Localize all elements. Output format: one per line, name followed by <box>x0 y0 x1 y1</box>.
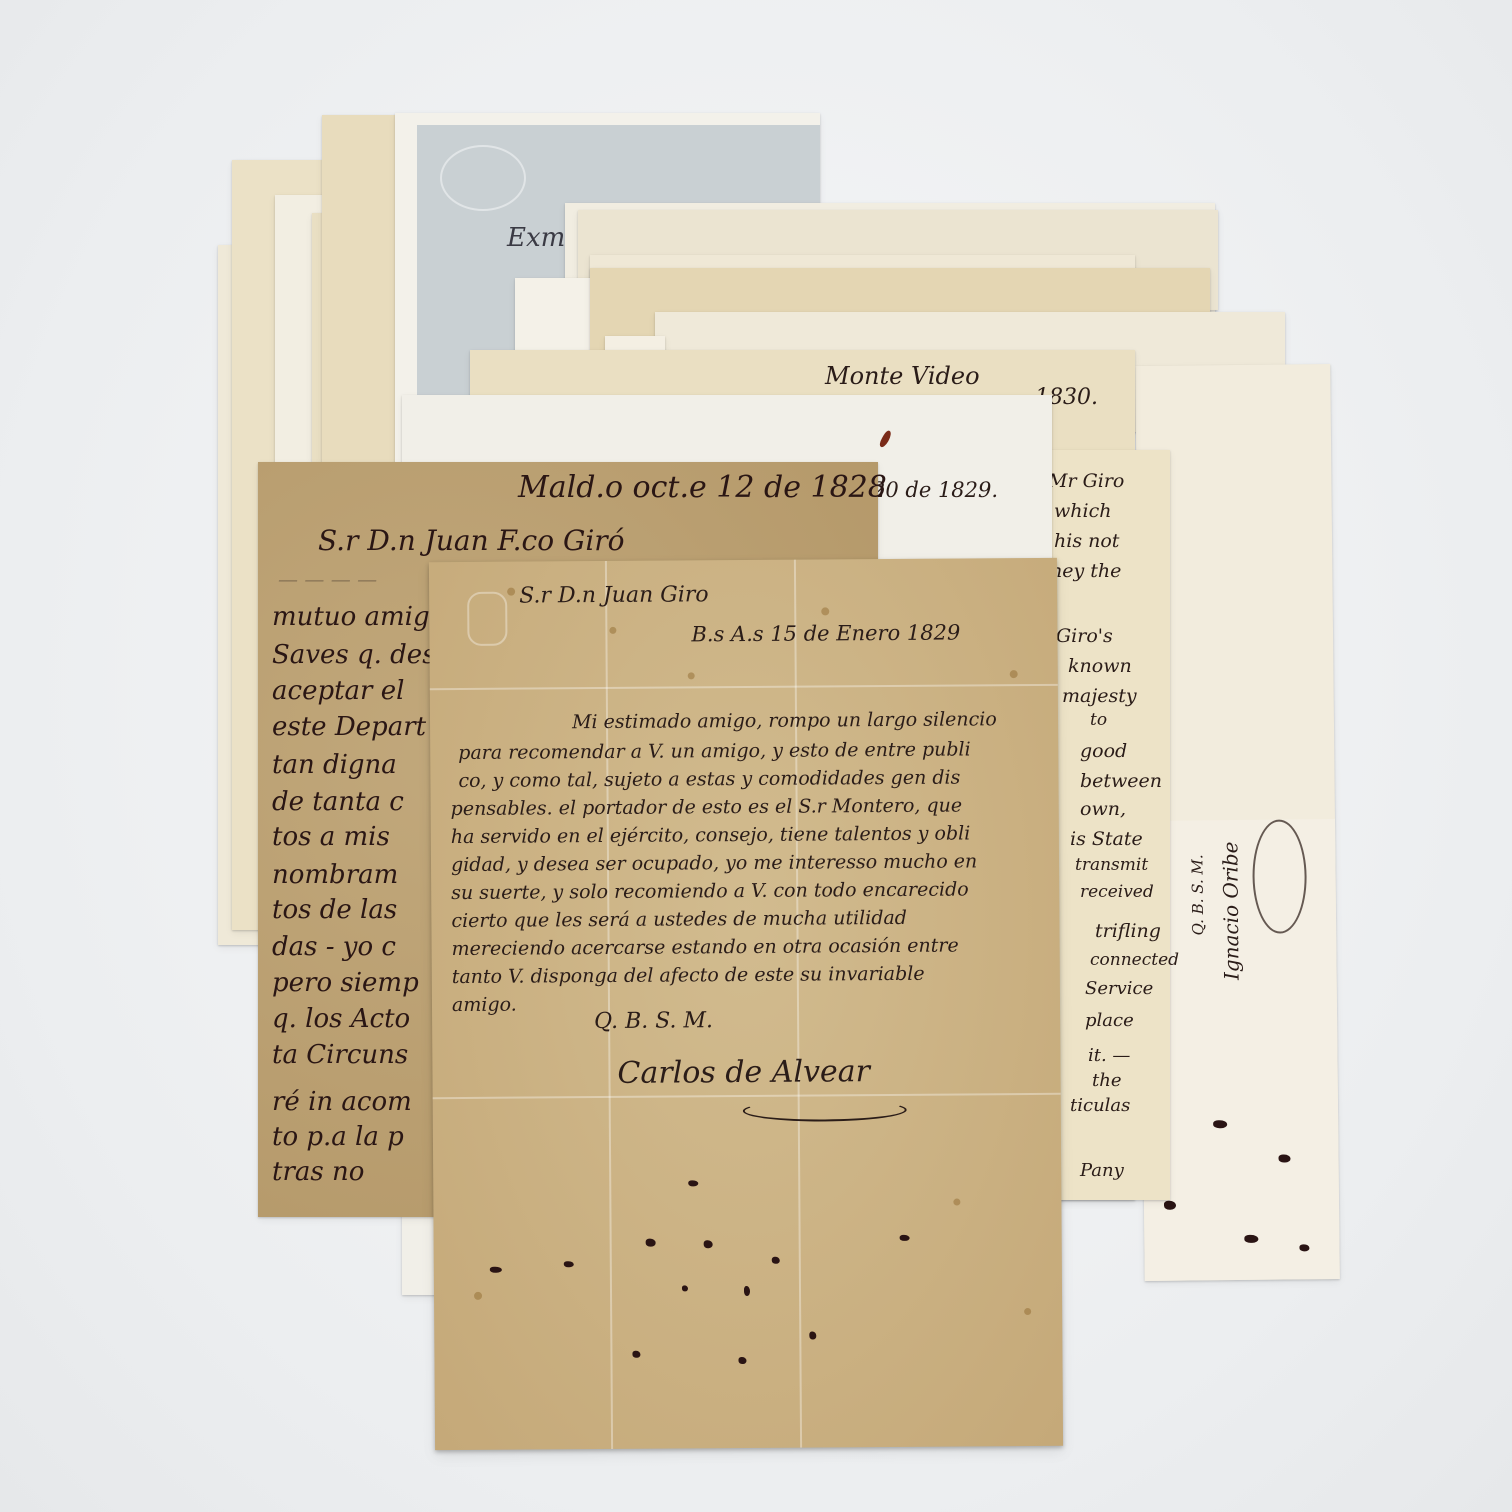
ink-bleed <box>688 1180 698 1186</box>
maldonado-line: aceptar el <box>272 676 404 706</box>
english-line: own, <box>1080 798 1126 820</box>
front-dateline: B.s A.s 15 de Enero 1829 <box>691 620 960 646</box>
ink-stain <box>878 429 893 448</box>
ink-blot <box>1278 1154 1290 1162</box>
foxing-spot <box>1024 1308 1031 1315</box>
english-line: Mr Giro <box>1048 470 1124 492</box>
montevideo-place: Monte Video <box>825 362 980 390</box>
ink-blot <box>1213 1120 1227 1128</box>
english-line: his not <box>1054 530 1119 552</box>
maldonado-dateline: Mald.o oct.e 12 de 1828 <box>518 470 887 505</box>
maldonado-line: tan digna <box>272 750 397 780</box>
front-body-line: gidad, y desea ser ocupado, yo me intere… <box>451 850 977 876</box>
maldonado-line: tos de las <box>272 895 397 925</box>
front-closing: Q. B. S. M. <box>594 1008 713 1034</box>
maldonado-line: de tanta c <box>272 787 404 817</box>
maldonado-line: este Depart <box>272 712 426 742</box>
english-line: place <box>1085 1010 1134 1031</box>
ink-bleed <box>744 1286 750 1296</box>
foxing-spot <box>688 672 695 679</box>
maldonado-line: pero siemp <box>272 968 419 998</box>
ink-bleed <box>809 1332 816 1340</box>
front-signature: Carlos de Alvear <box>617 1054 870 1091</box>
english-line: majesty <box>1062 685 1137 707</box>
maldonado-line: mutuo amig <box>272 602 430 632</box>
maldonado-line: tos a mis <box>272 822 390 852</box>
ink-bleed <box>772 1257 780 1264</box>
foxing-spot <box>1010 670 1018 678</box>
english-line: connected <box>1090 950 1179 970</box>
maldonado-line: nombram <box>272 860 398 890</box>
front-body-line: tanto V. disponga del afecto de este su … <box>452 963 925 988</box>
white-letter-date: 20 de 1829. <box>872 478 998 502</box>
front-body-line: para recomendar a V. un amigo, y esto de… <box>458 738 971 764</box>
maldonado-line: ta Circuns <box>272 1040 408 1070</box>
foxing-spot <box>953 1199 960 1206</box>
english-line: which <box>1054 500 1111 522</box>
bleed-through-text: — — — — <box>278 567 377 591</box>
ink-blot <box>1299 1244 1309 1251</box>
ink-bleed <box>704 1240 713 1248</box>
maldonado-line: das - yo c <box>272 932 396 962</box>
english-line: ney the <box>1050 560 1121 582</box>
maldonado-salutation: S.r D.n Juan F.co Giró <box>318 524 625 557</box>
ink-bleed <box>490 1267 502 1273</box>
english-line: transmit <box>1075 855 1148 875</box>
maldonado-line: tras no <box>272 1157 364 1187</box>
embossed-stamp <box>467 592 507 646</box>
ink-bleed <box>738 1357 746 1364</box>
english-line: Service <box>1085 978 1153 999</box>
embossed-seal <box>440 145 526 211</box>
signature-flourish <box>1252 819 1307 934</box>
right-letter-closing: Q. B. S. M. <box>1188 854 1207 935</box>
ink-blot <box>1164 1201 1176 1210</box>
maldonado-line: to p.a la p <box>272 1122 404 1152</box>
maldonado-line: q. los Acto <box>272 1004 410 1034</box>
english-line: ticulas <box>1070 1095 1130 1116</box>
english-line: it. — <box>1088 1045 1130 1066</box>
front-body-line: cierto que les será a ustedes de mucha u… <box>451 907 907 932</box>
ink-bleed <box>900 1235 910 1241</box>
front-body-line: pensables. el portador de esto es el S.r… <box>451 794 963 820</box>
ink-bleed <box>564 1261 574 1267</box>
front-body-line: Mi estimado amigo, rompo un largo silenc… <box>572 708 997 733</box>
english-line: good <box>1080 740 1127 762</box>
ink-blot <box>1244 1235 1258 1243</box>
english-line: is State <box>1070 828 1143 850</box>
front-body-line: ha servido en el ejército, consejo, tien… <box>451 822 971 848</box>
front-body-line: amigo. <box>452 994 517 1016</box>
front-salutation: S.r D.n Juan Giro <box>519 582 709 608</box>
foxing-spot <box>474 1292 482 1300</box>
foxing-spot <box>821 607 829 615</box>
maldonado-line: Saves q. des <box>272 640 436 670</box>
ink-bleed <box>646 1239 656 1247</box>
english-line: to <box>1090 710 1107 730</box>
english-line: trifling <box>1095 920 1161 942</box>
front-body-line: co, y como tal, sujeto a estas y comodid… <box>458 766 960 792</box>
paper-sheet-front-alvear: S.r D.n Juan Giro B.s A.s 15 de Enero 18… <box>429 558 1063 1450</box>
front-body-line: mereciendo acercarse estando en otra oca… <box>452 935 959 961</box>
english-line: Pany <box>1080 1160 1124 1181</box>
foxing-spot <box>609 627 616 634</box>
maldonado-line: ré in acom <box>272 1087 412 1117</box>
english-line: received <box>1080 882 1154 902</box>
english-line: known <box>1068 655 1132 677</box>
front-body-line: su suerte, y solo recomiendo a V. con to… <box>451 878 969 904</box>
english-line: Giro's <box>1056 625 1113 647</box>
ink-bleed <box>632 1351 640 1358</box>
english-line: between <box>1080 770 1162 792</box>
english-line: the <box>1092 1070 1121 1091</box>
right-letter-signature: Ignacio Oribe <box>1218 841 1243 980</box>
paper-texture <box>429 558 1063 1450</box>
ink-bleed <box>682 1285 688 1291</box>
foxing-spot <box>507 588 515 596</box>
